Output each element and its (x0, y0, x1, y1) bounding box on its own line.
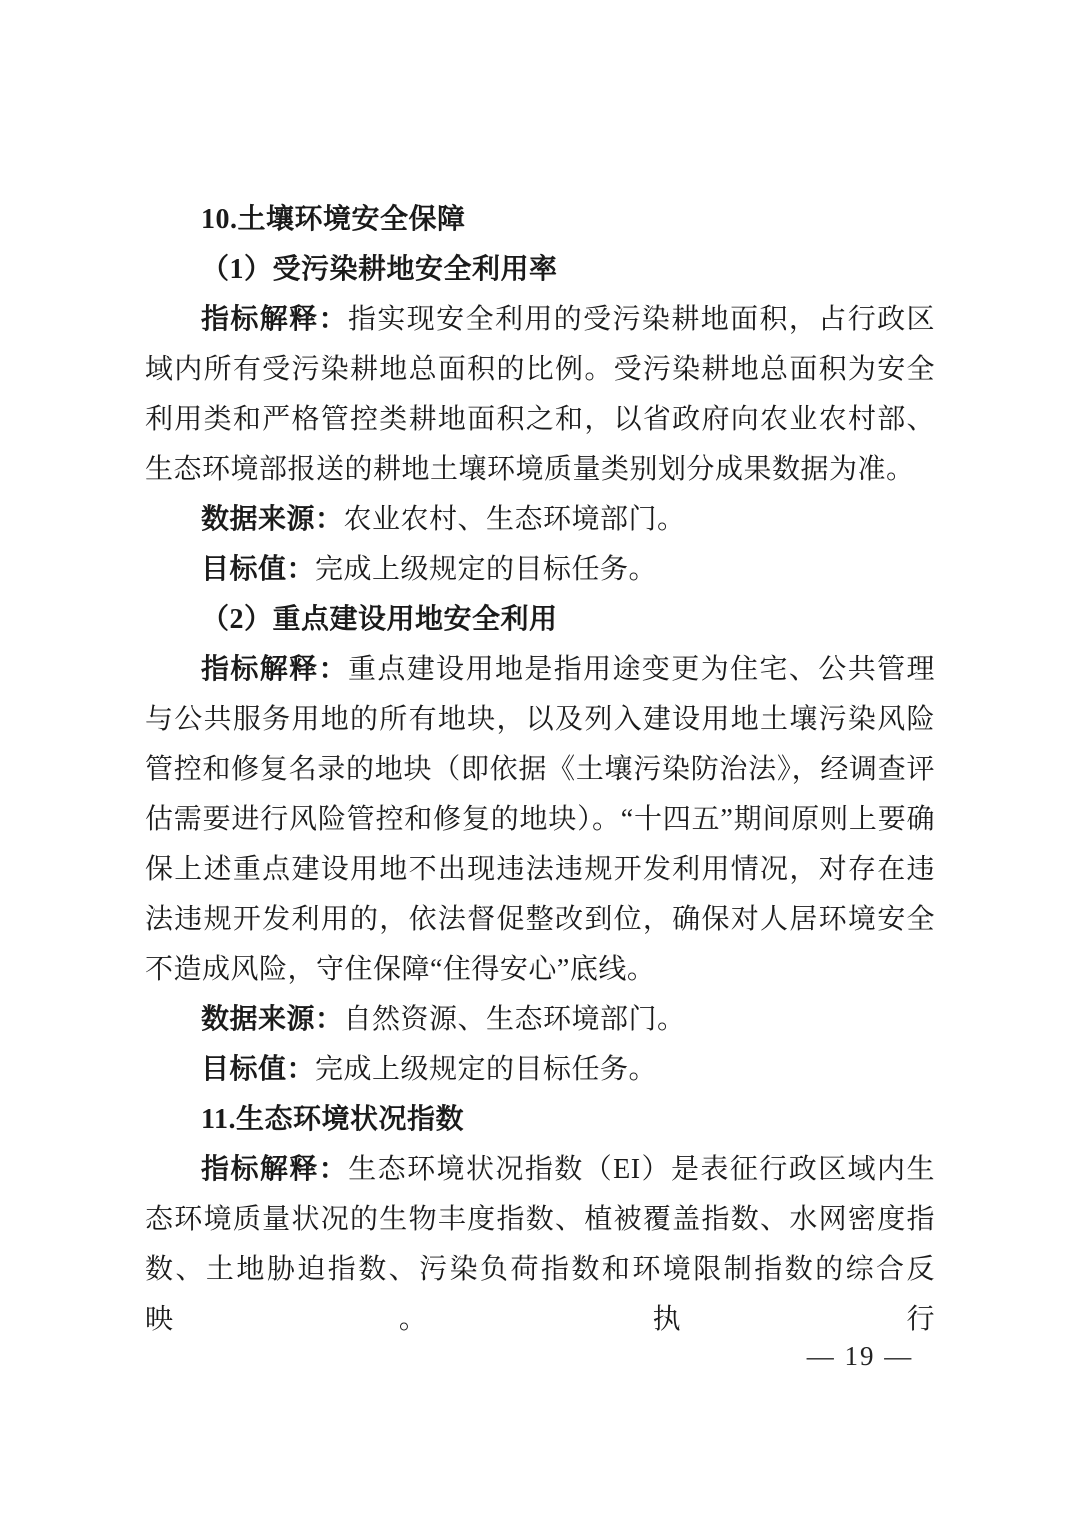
paragraph: 数据来源：农业农村、生态环境部门。 (145, 495, 935, 545)
field-text: 完成上级规定的目标任务。 (315, 554, 657, 585)
field-label: 指标解释： (201, 1154, 348, 1185)
field-label: 指标解释： (201, 304, 348, 335)
field-label: 目标值： (201, 554, 315, 585)
section-heading: （1）受污染耕地安全利用率 (145, 245, 935, 295)
paragraph: 指标解释：生态环境状况指数（EI）是表征行政区域内生态环境质量状况的生物丰度指数… (145, 1145, 935, 1345)
field-label: 数据来源： (201, 1004, 344, 1035)
field-label: 指标解释： (201, 654, 348, 685)
field-label: 数据来源： (201, 504, 344, 535)
paragraph: 指标解释：指实现安全利用的受污染耕地面积，占行政区域内所有受污染耕地总面积的比例… (145, 295, 935, 495)
paragraph: 指标解释：重点建设用地是指用途变更为住宅、公共管理与公共服务用地的所有地块，以及… (145, 645, 935, 995)
paragraph: 目标值：完成上级规定的目标任务。 (145, 545, 935, 595)
field-text: 农业农村、生态环境部门。 (344, 504, 686, 535)
paragraph: 数据来源：自然资源、生态环境部门。 (145, 995, 935, 1045)
field-text: 自然资源、生态环境部门。 (344, 1004, 686, 1035)
paragraph: 目标值：完成上级规定的目标任务。 (145, 1045, 935, 1095)
section-heading: 11.生态环境状况指数 (145, 1095, 935, 1145)
field-label: 目标值： (201, 1054, 315, 1085)
section-heading: （2）重点建设用地安全利用 (145, 595, 935, 645)
page-number: — 19 — (770, 1336, 950, 1376)
section-heading: 10.土壤环境安全保障 (145, 195, 935, 245)
document-body: 10.土壤环境安全保障（1）受污染耕地安全利用率指标解释：指实现安全利用的受污染… (145, 195, 935, 1345)
field-text: 完成上级规定的目标任务。 (315, 1054, 657, 1085)
document-page: 10.土壤环境安全保障（1）受污染耕地安全利用率指标解释：指实现安全利用的受污染… (0, 0, 1074, 1520)
field-text: 重点建设用地是指用途变更为住宅、公共管理与公共服务用地的所有地块，以及列入建设用… (145, 654, 935, 985)
